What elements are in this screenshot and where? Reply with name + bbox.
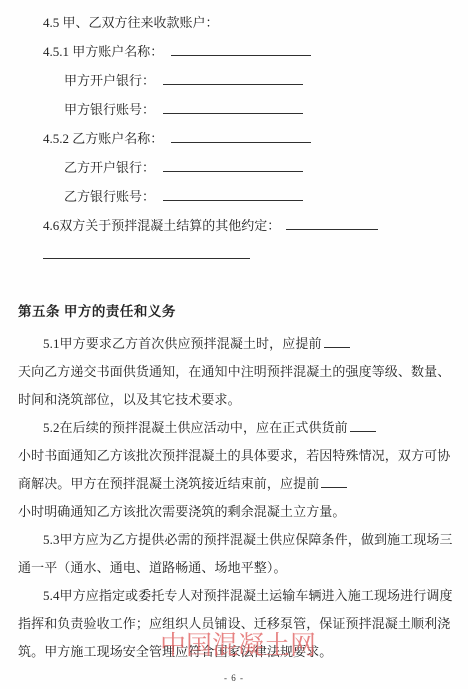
- clause-4-5-label: 4.5 甲、乙双方往来收款账户：: [43, 15, 219, 30]
- doc-line: 5.2在后续的预拌混凝土供应活动中，应在正式供货前: [18, 414, 452, 442]
- clause-5-1-text-cont: 天向乙方递交书面供货通知，在通知中注明预拌混凝土的强度等级、数量、: [18, 364, 450, 379]
- contract-page: 4.5 甲、乙双方往来收款账户： 4.5.1 甲方账户名称： 甲方开户银行： 甲…: [0, 0, 468, 689]
- party-b-account-number-label: 乙方银行账号：: [64, 189, 155, 204]
- doc-line: 4.5 甲、乙双方往来收款账户：: [18, 8, 452, 37]
- section-4-accounts: 4.5 甲、乙双方往来收款账户： 4.5.1 甲方账户名称： 甲方开户银行： 甲…: [18, 8, 452, 269]
- doc-line: 5.4甲方应指定或委托专人对预拌混凝土运输车辆进入施工现场进行调度: [18, 582, 452, 610]
- party-b-account-name-blank[interactable]: [171, 129, 311, 143]
- clause-5-3-text-cont: 通一平（通水、通电、道路畅通、场地平整）。: [18, 560, 287, 575]
- doc-line: 时间和浇筑部位，以及其它技术要求。: [18, 386, 452, 414]
- clause-5-2-text-cont: 小时明确通知乙方该批次需要浇筑的剩余混凝土立方量。: [18, 504, 346, 519]
- section-5-heading: 第五条 甲方的责任和义务: [18, 298, 452, 326]
- party-a-account-name-blank[interactable]: [171, 42, 311, 56]
- clause-5-4-text-cont: 指挥和负责验收工作；应组织人员铺设、迁移泵管，保证预拌混凝土顺利浇: [18, 616, 450, 631]
- doc-line: 甲方开户银行：: [18, 66, 452, 95]
- clause-5-1-text: 5.1甲方要求乙方首次供应预拌混凝土时，应提前: [43, 336, 322, 351]
- party-a-bank-label: 甲方开户银行：: [64, 73, 155, 88]
- party-b-account-name-label: 4.5.2 乙方账户名称：: [43, 131, 163, 146]
- doc-line: 筑。甲方施工现场安全管理应符合国家法律法规要求。: [18, 638, 452, 666]
- doc-line: 4.6双方关于预拌混凝土结算的其他约定：: [18, 211, 452, 240]
- doc-line: 指挥和负责验收工作；应组织人员铺设、迁移泵管，保证预拌混凝土顺利浇: [18, 610, 452, 638]
- clause-5-3-text: 5.3甲方应为乙方提供必需的预拌混凝土供应保障条件，做到施工现场三: [43, 532, 453, 547]
- advance-hours-blank-2[interactable]: [321, 474, 347, 488]
- party-a-account-name-label: 4.5.1 甲方账户名称：: [43, 44, 163, 59]
- doc-line: [18, 240, 452, 269]
- party-b-account-number-blank[interactable]: [163, 187, 303, 201]
- doc-line: 乙方开户银行：: [18, 153, 452, 182]
- doc-line: 5.3甲方应为乙方提供必需的预拌混凝土供应保障条件，做到施工现场三: [18, 526, 452, 554]
- doc-line: 天向乙方递交书面供货通知，在通知中注明预拌混凝土的强度等级、数量、: [18, 358, 452, 386]
- party-a-bank-blank[interactable]: [163, 71, 303, 85]
- doc-line: 乙方银行账号：: [18, 182, 452, 211]
- doc-line: 4.5.1 甲方账户名称：: [18, 37, 452, 66]
- clause-5-2-text-cont: 商解决。甲方在预拌混凝土浇筑接近结束前，应提前: [18, 476, 319, 491]
- doc-line: 小时明确通知乙方该批次需要浇筑的剩余混凝土立方量。: [18, 498, 452, 526]
- party-a-account-number-blank[interactable]: [163, 100, 303, 114]
- clause-5-4-text: 5.4甲方应指定或委托专人对预拌混凝土运输车辆进入施工现场进行调度: [43, 588, 453, 603]
- clause-5-2-text: 5.2在后续的预拌混凝土供应活动中，应在正式供货前: [43, 420, 348, 435]
- doc-line: 4.5.2 乙方账户名称：: [18, 124, 452, 153]
- advance-hours-blank[interactable]: [350, 418, 376, 432]
- clause-5-4-text-cont: 筑。甲方施工现场安全管理应符合国家法律法规要求。: [18, 644, 332, 659]
- party-b-bank-label: 乙方开户银行：: [64, 160, 155, 175]
- doc-line: 5.1甲方要求乙方首次供应预拌混凝土时，应提前: [18, 330, 452, 358]
- clause-5-1-text-cont: 时间和浇筑部位，以及其它技术要求。: [18, 392, 241, 407]
- doc-line: 小时书面通知乙方该批次预拌混凝土的具体要求，若因特殊情况，双方可协: [18, 442, 452, 470]
- clause-4-6-label: 4.6双方关于预拌混凝土结算的其他约定：: [43, 218, 280, 233]
- doc-line: 商解决。甲方在预拌混凝土浇筑接近结束前，应提前: [18, 470, 452, 498]
- other-agreement-blank[interactable]: [286, 216, 378, 230]
- doc-line: 甲方银行账号：: [18, 95, 452, 124]
- party-a-account-number-label: 甲方银行账号：: [64, 102, 155, 117]
- clause-5-2-text-cont: 小时书面通知乙方该批次预拌混凝土的具体要求，若因特殊情况，双方可协: [18, 448, 450, 463]
- advance-days-blank[interactable]: [324, 334, 350, 348]
- doc-line: 通一平（通水、通电、道路畅通、场地平整）。: [18, 554, 452, 582]
- page-number: - 6 -: [0, 673, 468, 683]
- section-5-body: 5.1甲方要求乙方首次供应预拌混凝土时，应提前 天向乙方递交书面供货通知，在通知…: [18, 330, 452, 666]
- party-b-bank-blank[interactable]: [163, 158, 303, 172]
- other-agreement-continuation-blank[interactable]: [43, 245, 250, 259]
